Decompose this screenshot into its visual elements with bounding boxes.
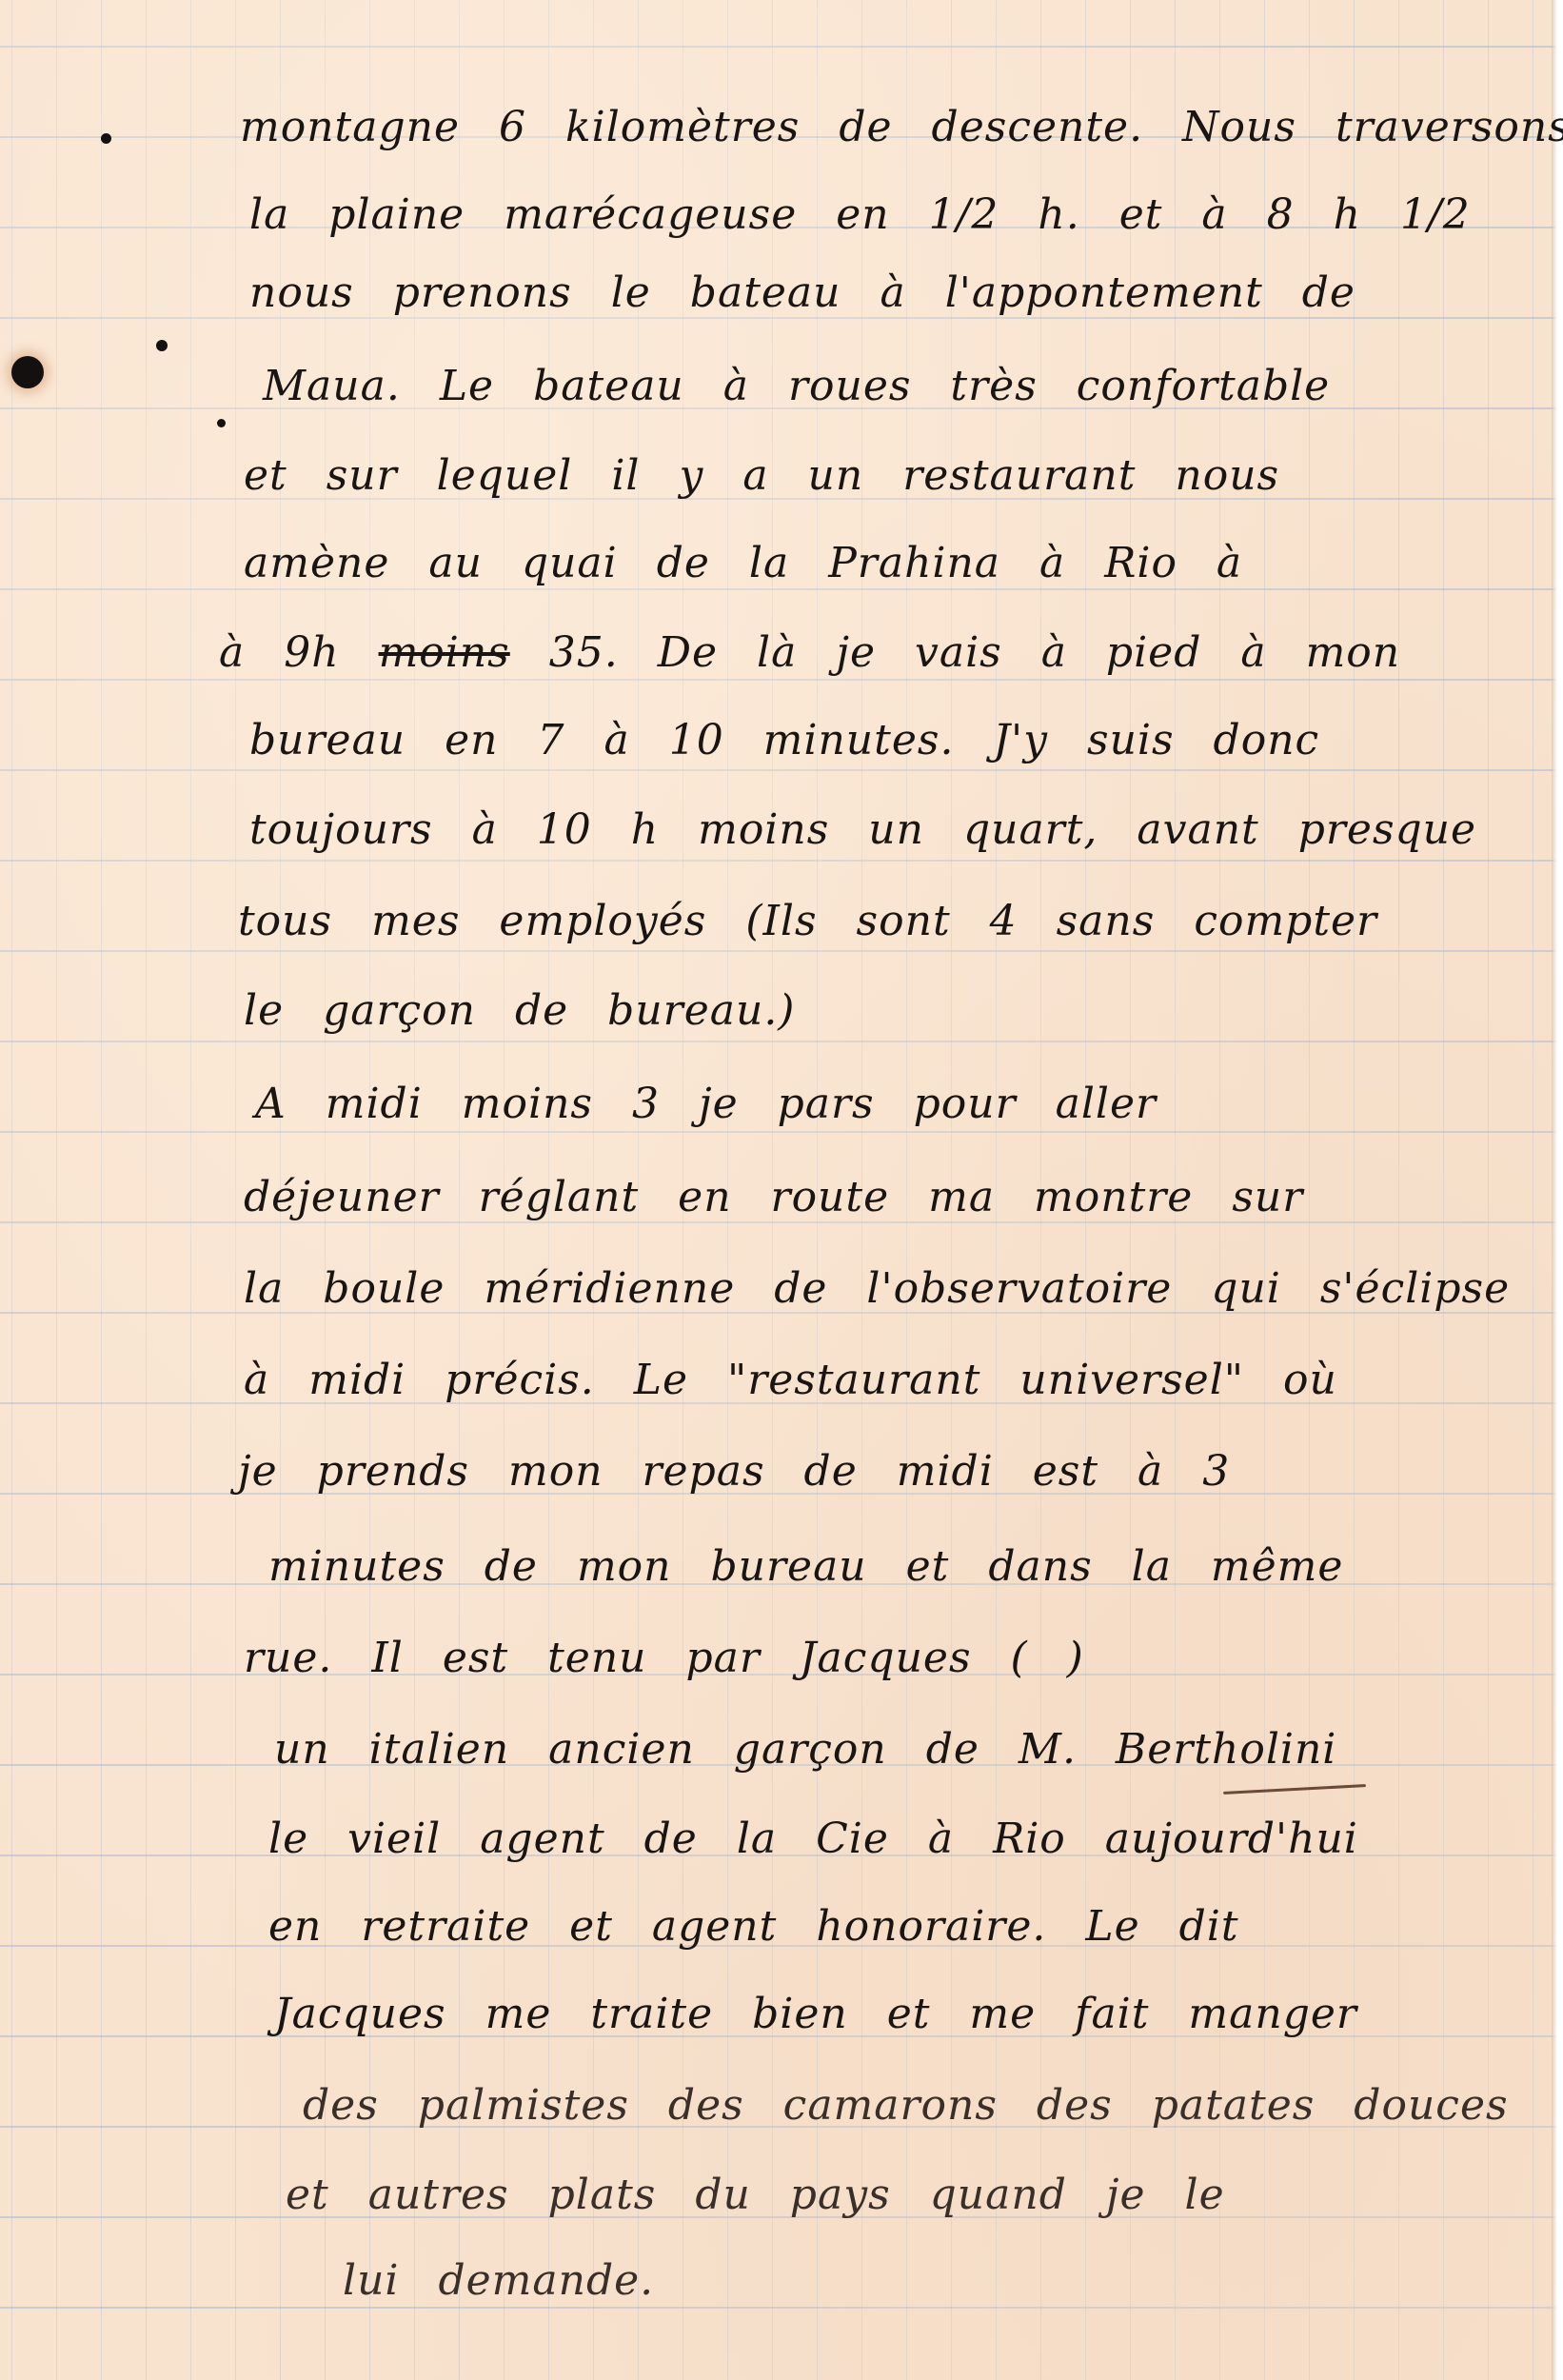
binding-hole: [11, 356, 44, 388]
letter-line-13: déjeuner réglant en route ma montre sur: [244, 1173, 1303, 1221]
letter-line-16: je prends mon repas de midi est à 3: [238, 1447, 1230, 1496]
letter-line-14: la boule méridienne de l'observatoire qu…: [244, 1264, 1510, 1313]
letter-line-21: en retraite et agent honoraire. Le dit: [268, 1902, 1239, 1951]
letter-line-24: et autres plats du pays quand je le: [286, 2171, 1225, 2219]
letter-line-2: la plaine marécageuse en 1/2 h. et à 8 h…: [249, 190, 1471, 239]
letter-line-9: toujours à 10 h moins un quart, avant pr…: [249, 805, 1476, 854]
letter-line-15: à midi précis. Le "restaurant universel"…: [244, 1356, 1337, 1404]
letter-line-5: et sur lequel il y a un restaurant nous: [244, 451, 1279, 500]
letter-line-8: bureau en 7 à 10 minutes. J'y suis donc: [249, 716, 1319, 764]
underline-flourish: [1223, 1784, 1366, 1795]
letter-line-1: montagne 6 kilomètres de descente. Nous …: [240, 103, 1563, 151]
paper-edge: [1552, 0, 1557, 2380]
letter-line-3: nous prenons le bateau à l'appontement d…: [249, 268, 1355, 317]
letter-line-11: le garçon de bureau.): [244, 986, 795, 1035]
letter-page: montagne 6 kilomètres de descente. Nous …: [0, 0, 1557, 2380]
letter-line-6: amène au quai de la Prahina à Rio à: [244, 539, 1242, 587]
letter-line-18: rue. Il est tenu par Jacques ( ): [244, 1634, 1084, 1682]
letter-line-7: à 9h moins 35. De là je vais à pied à mo…: [219, 628, 1400, 677]
letter-line-22: Jacques me traite bien et me fait manger: [274, 1990, 1357, 2038]
letter-line-4: Maua. Le bateau à roues très confortable: [263, 362, 1330, 410]
letter-line-20: le vieil agent de la Cie à Rio aujourd'h…: [268, 1815, 1358, 1863]
ink-dot-mark: [156, 340, 168, 351]
line-7-start: à 9h: [219, 628, 340, 677]
letter-line-17: minutes de mon bureau et dans la même: [268, 1542, 1343, 1591]
letter-line-10: tous mes employés (Ils sont 4 sans compt…: [238, 897, 1377, 945]
ink-dot-mark: [101, 133, 111, 144]
letter-line-23: des palmistes des camarons des patates d…: [303, 2081, 1509, 2130]
letter-line-12: A midi moins 3 je pars pour aller: [255, 1080, 1157, 1128]
struck-word: moins: [379, 628, 510, 677]
ink-dot-mark: [217, 419, 226, 427]
letter-line-25: lui demande.: [343, 2256, 654, 2305]
line-7-end: 35. De là je vais à pied à mon: [549, 628, 1400, 677]
letter-line-19: un italien ancien garçon de M. Bertholin…: [274, 1725, 1336, 1774]
